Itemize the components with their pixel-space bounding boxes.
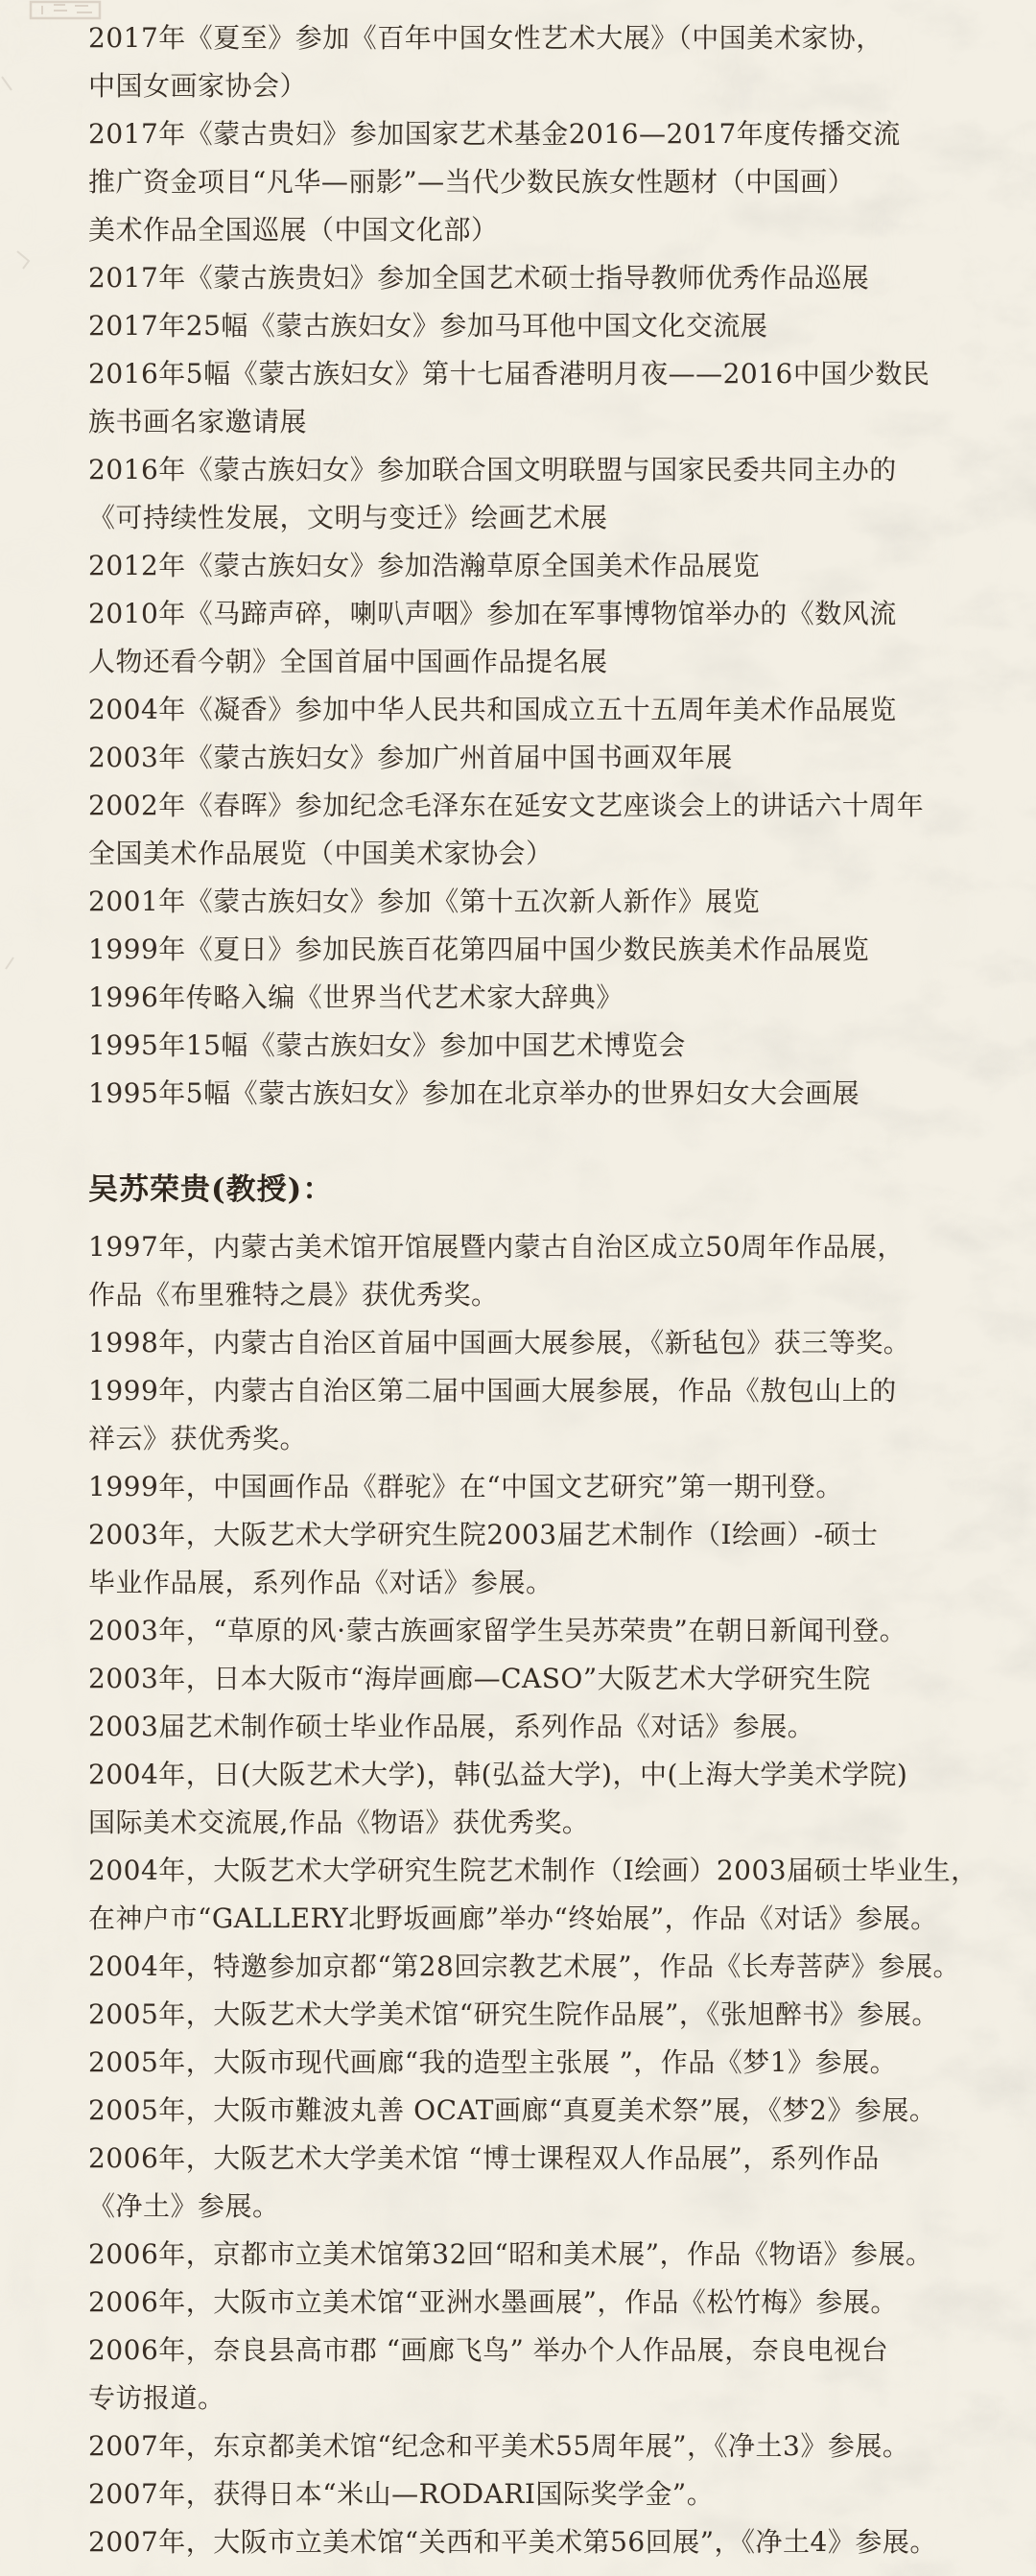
- text-line: 2007年，东京都美术馆“纪念和平美术55周年展”，《净土3》参展。: [88, 2422, 978, 2470]
- text-line: 2017年《蒙古贵妇》参加国家艺术基金2016—2017年度传播交流: [88, 110, 978, 158]
- text-line: 2004年，大阪艺术大学研究生院艺术制作（I绘画）2003届硕士毕业生，: [88, 1847, 978, 1895]
- text-line: 1999年，中国画作品《群驼》在“中国文艺研究”第一期刊登。: [88, 1463, 978, 1511]
- text-line: 2006年，京都市立美术馆第32回“昭和美术展”，作品《物语》参展。: [88, 2231, 978, 2279]
- text-line: 2003年，“草原的风·蒙古族画家留学生吴苏荣贵”在朝日新闻刊登。: [88, 1607, 978, 1655]
- text-line: 2016年《蒙古族妇女》参加联合国文明联盟与国家民委共同主办的: [88, 446, 978, 494]
- text-line: 2003年《蒙古族妇女》参加广州首届中国书画双年展: [88, 734, 978, 782]
- text-line: 《可持续性发展，文明与变迁》绘画艺术展: [88, 494, 978, 542]
- text-line: 毕业作品展，系列作品《对话》参展。: [88, 1559, 978, 1607]
- text-line: 2007年，大阪市立美术馆“关西和平美术第56回展”，《净土4》参展。: [88, 2518, 978, 2566]
- text-line: 全国美术作品展览（中国美术家协会）: [88, 830, 978, 878]
- text-line: 中国女画家协会）: [88, 62, 978, 110]
- text-line: 2002年《春晖》参加纪念毛泽东在延安文艺座谈会上的讲话六十周年: [88, 782, 978, 830]
- text-line: 2017年《蒙古族贵妇》参加全国艺术硕士指导教师优秀作品巡展: [88, 254, 978, 302]
- text-line: 人物还看今朝》全国首届中国画作品提名展: [88, 638, 978, 686]
- text-line: 1995年15幅《蒙古族妇女》参加中国艺术博览会: [88, 1022, 978, 1070]
- text-line: 2004年《凝香》参加中华人民共和国成立五十五周年美术作品展览: [88, 686, 978, 734]
- text-line: 2006年，大阪艺术大学美术馆 “博士课程双人作品展”，系列作品: [88, 2135, 978, 2183]
- text-line: 2004年，特邀参加京都“第28回宗教艺术展”，作品《长寿菩萨》参展。: [88, 1943, 978, 1991]
- artist-bio-list: 1997年，内蒙古美术馆开馆展暨内蒙古自治区成立50周年作品展，作品《布里雅特之…: [88, 1223, 978, 2566]
- text-line: 1999年，内蒙古自治区第二届中国画大展参展，作品《敖包山上的: [88, 1367, 978, 1415]
- text-line: 2010年《马蹄声碎，喇叭声咽》参加在军事博物馆举办的《数风流: [88, 590, 978, 638]
- text-line: 2005年，大阪市難波丸善 OCAT画廊“真夏美术祭”展，《梦2》参展。: [88, 2087, 978, 2135]
- text-line: 国际美术交流展,作品《物语》获优秀奖。: [88, 1799, 978, 1847]
- text-line: 2017年《夏至》参加《百年中国女性艺术大展》（中国美术家协，: [88, 14, 978, 62]
- text-line: 1999年《夏日》参加民族百花第四届中国少数民族美术作品展览: [88, 926, 978, 974]
- text-line: 1997年，内蒙古美术馆开馆展暨内蒙古自治区成立50周年作品展，: [88, 1223, 978, 1271]
- text-line: 2016年5幅《蒙古族妇女》第十七届香港明月夜——2016中国少数民: [88, 350, 978, 398]
- text-line: 2003届艺术制作硕士毕业作品展，系列作品《对话》参展。: [88, 1703, 978, 1751]
- text-line: 2017年25幅《蒙古族妇女》参加马耳他中国文化交流展: [88, 302, 978, 350]
- text-line: 2006年，大阪市立美术馆“亚洲水墨画展”，作品《松竹梅》参展。: [88, 2279, 978, 2327]
- text-line: 2005年，大阪艺术大学美术馆“研究生院作品展”，《张旭醉书》参展。: [88, 1991, 978, 2039]
- text-line: 在神户市“GALLERY北野坂画廊”举办“终始展”，作品《对话》参展。: [88, 1895, 978, 1943]
- text-line: 美术作品全国巡展（中国文化部）: [88, 206, 978, 254]
- text-line: 1995年5幅《蒙古族妇女》参加在北京举办的世界妇女大会画展: [88, 1070, 978, 1118]
- text-line: 2007年，获得日本“米山—RODARI国际奖学金”。: [88, 2470, 978, 2518]
- text-line: 专访报道。: [88, 2375, 978, 2422]
- text-line: 作品《布里雅特之晨》获优秀奖。: [88, 1271, 978, 1319]
- text-line: 2006年，奈良县高市郡 “画廊飞鸟” 举办个人作品展，奈良电视台: [88, 2327, 978, 2375]
- text-line: 推广资金项目“凡华—丽影”—当代少数民族女性题材（中国画）: [88, 158, 978, 206]
- text-line: 祥云》获优秀奖。: [88, 1415, 978, 1463]
- artist-heading: 吴苏荣贵(教授)：: [88, 1166, 978, 1214]
- text-line: 1998年，内蒙古自治区首届中国画大展参展，《新毡包》获三等奖。: [88, 1319, 978, 1367]
- document-body: 2017年《夏至》参加《百年中国女性艺术大展》（中国美术家协，中国女画家协会）2…: [0, 0, 1036, 2566]
- text-line: 2004年，日(大阪艺术大学)，韩(弘益大学)，中(上海大学美术学院): [88, 1751, 978, 1799]
- document-page: 2017年《夏至》参加《百年中国女性艺术大展》（中国美术家协，中国女画家协会）2…: [0, 0, 1036, 2576]
- text-line: 2003年，大阪艺术大学研究生院2003届艺术制作（I绘画）-硕士: [88, 1511, 978, 1559]
- text-line: 1996年传略入编《世界当代艺术家大辞典》: [88, 974, 978, 1022]
- text-line: 《净土》参展。: [88, 2183, 978, 2231]
- text-line: 2003年，日本大阪市“海岸画廊—CASO”大阪艺术大学研究生院: [88, 1655, 978, 1703]
- text-line: 族书画名家邀请展: [88, 398, 978, 446]
- text-line: 2005年，大阪市现代画廊“我的造型主张展 ”，作品《梦1》参展。: [88, 2039, 978, 2087]
- text-line: 2001年《蒙古族妇女》参加《第十五次新人新作》展览: [88, 878, 978, 926]
- text-line: 2012年《蒙古族妇女》参加浩瀚草原全国美术作品展览: [88, 542, 978, 590]
- exhibition-list-top: 2017年《夏至》参加《百年中国女性艺术大展》（中国美术家协，中国女画家协会）2…: [88, 14, 978, 1118]
